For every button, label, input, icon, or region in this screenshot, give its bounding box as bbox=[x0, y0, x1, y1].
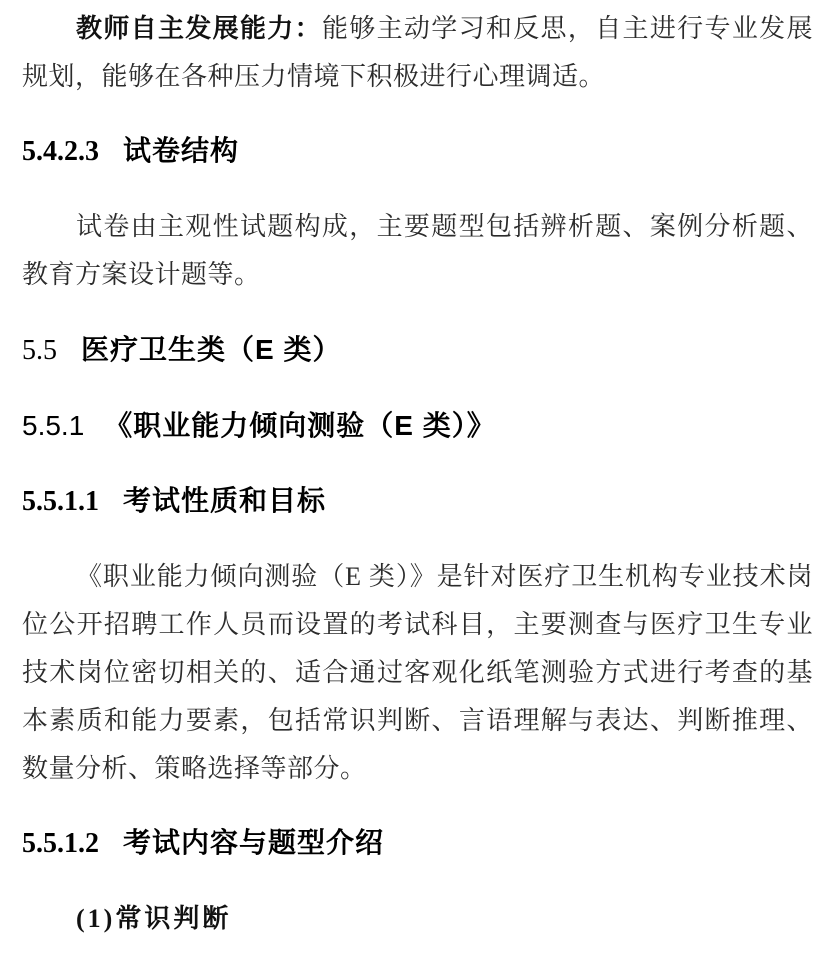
heading-5-5-1-1: 5.5.1.1考试性质和目标 bbox=[22, 478, 813, 526]
heading-number: 5.5.1.2 bbox=[22, 828, 99, 859]
heading-5-5-1: 5.5.1《职业能力倾向测验（E 类）》 bbox=[22, 402, 813, 451]
heading-5-4-2-3: 5.4.2.3试卷结构 bbox=[22, 128, 813, 176]
heading-title: 医疗卫生类（E 类） bbox=[81, 334, 341, 365]
heading-title: 考试内容与题型介绍 bbox=[123, 828, 384, 859]
heading-5-5-1-2: 5.5.1.2考试内容与题型介绍 bbox=[22, 820, 813, 868]
heading-number: 5.5 bbox=[22, 335, 57, 366]
heading-5-5: 5.5医疗卫生类（E 类） bbox=[22, 326, 813, 375]
heading-number: 5.5.1.1 bbox=[22, 486, 99, 517]
paragraph-teacher-self-development: 教师自主发展能力：能够主动学习和反思，自主进行专业发展规划，能够在各种压力情境下… bbox=[22, 5, 813, 101]
heading-title: 《职业能力倾向测验（E 类）》 bbox=[104, 410, 495, 441]
heading-title: 考试性质和目标 bbox=[123, 486, 326, 517]
heading-number: 5.5.1 bbox=[22, 410, 84, 441]
subitem-text: (1)常识判断 bbox=[76, 904, 231, 933]
paragraph-lead-bold: 教师自主发展能力： bbox=[76, 14, 322, 43]
paragraph-paper-structure: 试卷由主观性试题构成，主要题型包括辨析题、案例分析题、教育方案设计题等。 bbox=[22, 203, 813, 299]
subitem-common-knowledge: (1)常识判断 bbox=[22, 895, 813, 943]
paragraph-text: 《职业能力倾向测验（E 类）》是针对医疗卫生机构专业技术岗位公开招聘工作人员而设… bbox=[22, 562, 813, 783]
paragraph-exam-nature: 《职业能力倾向测验（E 类）》是针对医疗卫生机构专业技术岗位公开招聘工作人员而设… bbox=[22, 553, 813, 793]
paragraph-text: 试卷由主观性试题构成，主要题型包括辨析题、案例分析题、教育方案设计题等。 bbox=[22, 212, 813, 289]
heading-number: 5.4.2.3 bbox=[22, 136, 99, 167]
heading-title: 试卷结构 bbox=[123, 136, 239, 167]
document-page: 教师自主发展能力：能够主动学习和反思，自主进行专业发展规划，能够在各种压力情境下… bbox=[0, 0, 835, 956]
